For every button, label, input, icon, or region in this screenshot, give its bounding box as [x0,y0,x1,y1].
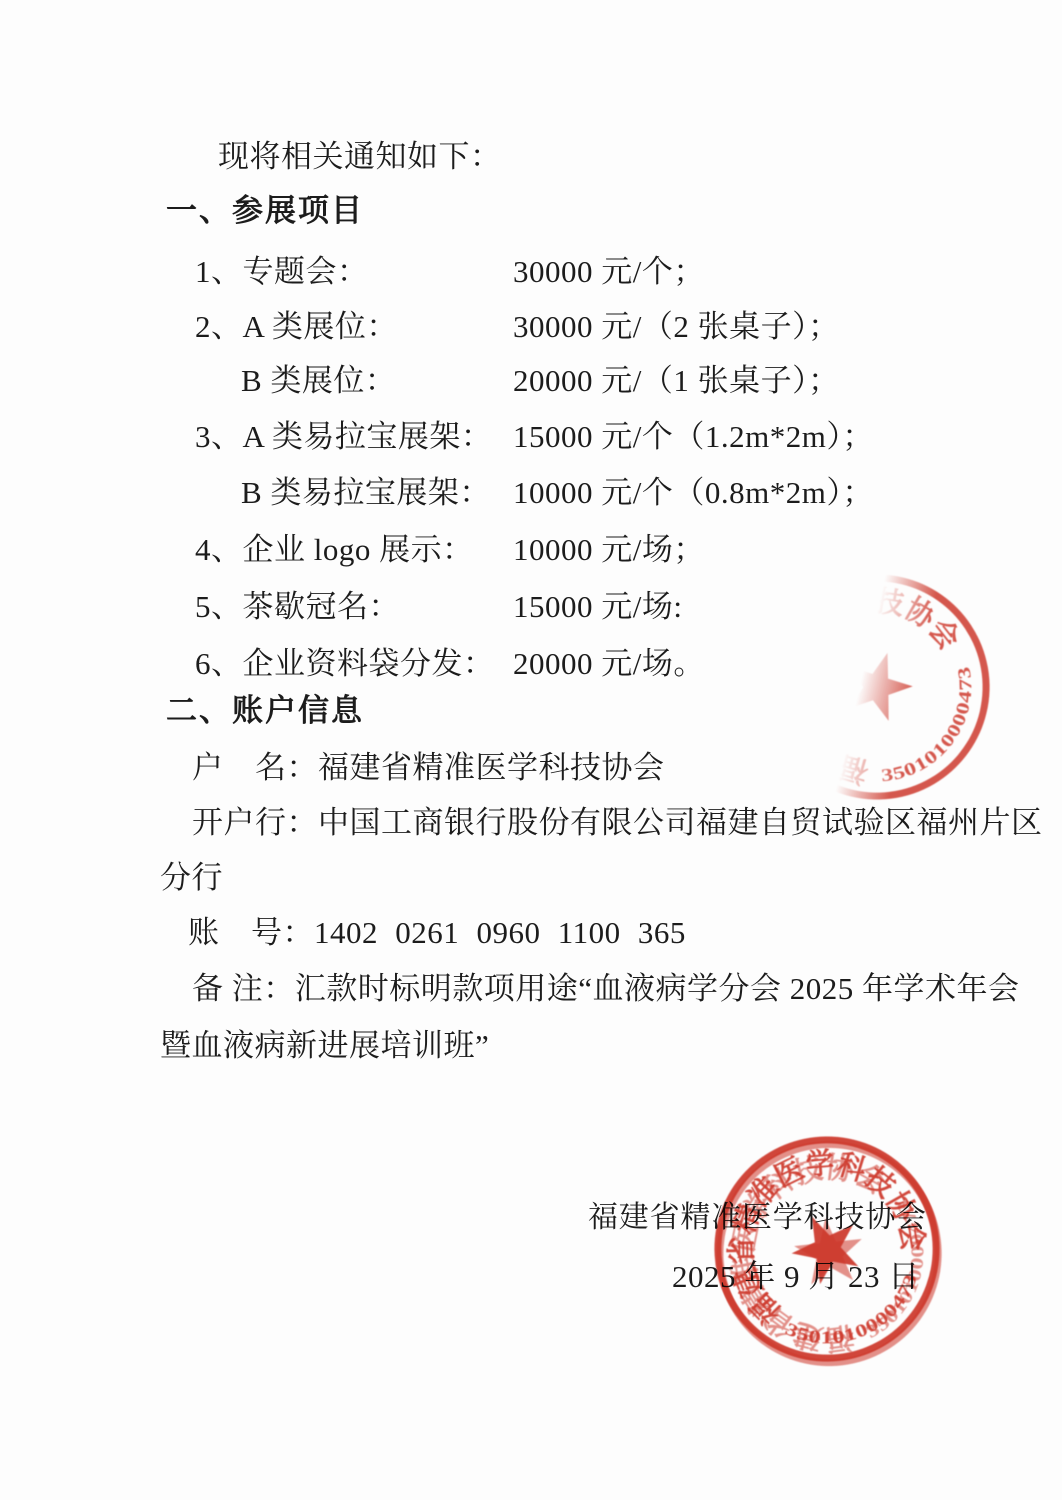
item-price: 30000 元/（2 张桌子）； [513,308,840,347]
official-seal-partial [758,568,996,806]
account-number-value: 1402 0261 0960 1100 365 [314,915,686,950]
item-label: 企业资料袋分发： [243,646,495,681]
bank-continuation-line: 分行 [160,859,223,898]
item-label: 专题会： [243,254,369,289]
bank-line: 开户行：中国工商银行股份有限公司福建自贸试验区福州片区 [192,804,1043,843]
item-label: A 类展位： [243,309,398,344]
exhibition-item-row: 6、企业资料袋分发： 20000 元/场。 [195,645,495,684]
account-name-line: 户 名：福建省精准医学科技协会 [192,749,665,788]
exhibition-item-row: 2、A 类展位： 30000 元/（2 张桌子）； [195,308,398,347]
item-price: 10000 元/场； [513,531,705,570]
exhibition-item-row: 4、企业 logo 展示： 10000 元/场； [195,531,474,570]
remark-label: 备 注： [192,971,295,1006]
account-name-value: 福建省精准医学科技协会 [318,750,665,785]
item-number: 4、 [195,531,243,570]
section2-heading: 二、账户信息 [166,692,364,731]
item-number: 3、 [195,418,243,457]
item-number: 2、 [195,308,243,347]
account-name-label: 户 名： [192,750,318,785]
official-seal-graphic [669,1091,985,1407]
official-seal-partial-graphic [711,521,1042,852]
intro-line: 现将相关通知如下： [218,138,502,177]
bank-label: 开户行： [192,805,318,840]
remark-line: 备 注：汇款时标明款项用途“血液病学分会 2025 年学术年会 [192,970,1020,1009]
item-label: A 类易拉宝展架： [243,419,493,454]
item-label: 茶歇冠名： [243,589,401,624]
exhibition-item-row: B 类易拉宝展架： 10000 元/个（0.8m*2m）； [195,474,491,513]
item-price: 15000 元/场: [513,588,682,627]
scanned-notice-page: 现将相关通知如下： 一、参展项目 1、专题会： 30000 元/个； 2、A 类… [0,0,1062,1500]
item-label: B 类展位： [241,363,396,398]
item-price: 30000 元/个； [513,253,705,292]
exhibition-item-row: B 类展位： 20000 元/（1 张桌子）； [195,362,396,401]
account-number-label: 账 号： [188,915,314,950]
signature-org: 福建省精准医学科技协会 [588,1199,927,1237]
bank-value: 中国工商银行股份有限公司福建自贸试验区福州片区 [318,805,1043,840]
account-number-line: 账 号：1402 0261 0960 1100 365 [188,914,686,953]
item-price: 20000 元/场。 [513,645,705,684]
item-number: 5、 [195,588,243,627]
item-number: 1、 [195,253,243,292]
item-price: 15000 元/个（1.2m*2m）； [513,418,874,457]
section1-heading: 一、参展项目 [166,192,364,231]
official-seal-ghost-impression [688,1112,970,1394]
item-number: 6、 [195,645,243,684]
remark-value: 汇款时标明款项用途“血液病学分会 2025 年学术年会 [295,971,1020,1006]
exhibition-item-row: 3、A 类易拉宝展架： 15000 元/个（1.2m*2m）； [195,418,492,457]
official-seal [708,1130,946,1368]
item-label: B 类易拉宝展架： [241,475,491,510]
item-label: 企业 logo 展示： [243,532,474,567]
item-price: 20000 元/（1 张桌子）； [513,362,840,401]
exhibition-item-row: 5、茶歇冠名： 15000 元/场: [195,588,400,627]
signature-date: 2025 年 9 月 23 日 [672,1258,920,1297]
item-price: 10000 元/个（0.8m*2m）； [513,474,874,513]
exhibition-item-row: 1、专题会： 30000 元/个； [195,253,369,292]
remark-continuation-line: 暨血液病新进展培训班” [160,1027,489,1066]
